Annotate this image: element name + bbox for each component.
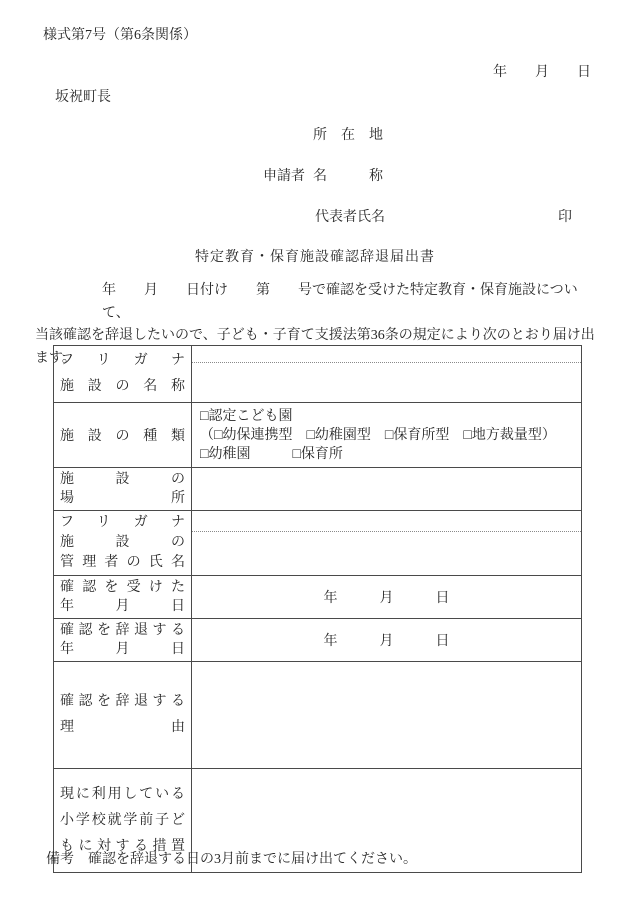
manager-name-value-cell <box>192 511 582 576</box>
facility-location-label-cell: 施設の 場所 <box>54 468 192 511</box>
manager-name-field <box>192 532 581 571</box>
facility-form-table: フリガナ 施設の名称 施設の種類 □認定こども園 （□幼保連携型 □幼稚園型 □… <box>53 345 582 873</box>
facility-name-value-cell <box>192 346 582 403</box>
applicant-name-label: 名 称 <box>313 165 383 185</box>
manager-name-furigana-field <box>192 511 581 532</box>
addressee-mayor: 坂祝町長 <box>55 86 111 106</box>
manager-name-label-cell: フリガナ 施設の 管理者の氏名 <box>54 511 192 576</box>
form-number: 様式第7号（第6条関係） <box>43 24 197 44</box>
facility-name-field <box>192 363 581 395</box>
facility-type-value-cell: □認定こども園 （□幼保連携型 □幼稚園型 □保育所型 □地方裁量型） □幼稚園… <box>192 403 582 468</box>
facility-name-label-cell: フリガナ 施設の名称 <box>54 346 192 403</box>
remarks-note: 備考 確認を辞退する日の3月前までに届け出てください。 <box>46 848 417 868</box>
confirmation-date-field: 年 月 日 <box>192 576 582 619</box>
table-row-facility-name: フリガナ 施設の名称 <box>54 346 582 403</box>
withdrawal-reason-field <box>192 662 582 769</box>
applicant-address-label: 所 在 地 <box>313 124 383 144</box>
withdrawal-date-field: 年 月 日 <box>192 619 582 662</box>
withdrawal-date-label-cell: 確認を辞退する 年月日 <box>54 619 192 662</box>
table-row-withdrawal-date: 確認を辞退する 年月日 年 月 日 <box>54 619 582 662</box>
table-row-manager-name: フリガナ 施設の 管理者の氏名 <box>54 511 582 576</box>
representative-name-label: 代表者氏名 <box>315 206 385 226</box>
facility-location-field <box>192 468 582 511</box>
table-row-withdrawal-reason: 確認を辞退する 理由 <box>54 662 582 769</box>
document-title: 特定教育・保育施設確認辞退届出書 <box>0 246 630 266</box>
applicant-label: 申請者 <box>263 165 305 185</box>
seal-mark: 印 <box>558 206 572 226</box>
withdrawal-reason-label-cell: 確認を辞退する 理由 <box>54 662 192 769</box>
confirmation-date-label-cell: 確認を受けた 年月日 <box>54 576 192 619</box>
table-row-confirmation-date: 確認を受けた 年月日 年 月 日 <box>54 576 582 619</box>
checkbox-line-nintei-kodomoen: □認定こども園 <box>200 407 573 426</box>
submission-date-line: 年 月 日 <box>493 61 591 81</box>
facility-name-furigana-field <box>192 346 581 363</box>
body-line-1: 年 月 日付け 第 号で確認を受けた特定教育・保育施設について、 <box>35 280 600 325</box>
facility-type-label-cell: 施設の種類 <box>54 403 192 468</box>
table-row-facility-type: 施設の種類 □認定こども園 （□幼保連携型 □幼稚園型 □保育所型 □地方裁量型… <box>54 403 582 468</box>
checkbox-line-kindergarten-nursery: □幼稚園 □保育所 <box>200 445 573 464</box>
table-row-facility-location: 施設の 場所 <box>54 468 582 511</box>
checkbox-line-kodomoen-subtypes: （□幼保連携型 □幼稚園型 □保育所型 □地方裁量型） <box>200 426 573 445</box>
